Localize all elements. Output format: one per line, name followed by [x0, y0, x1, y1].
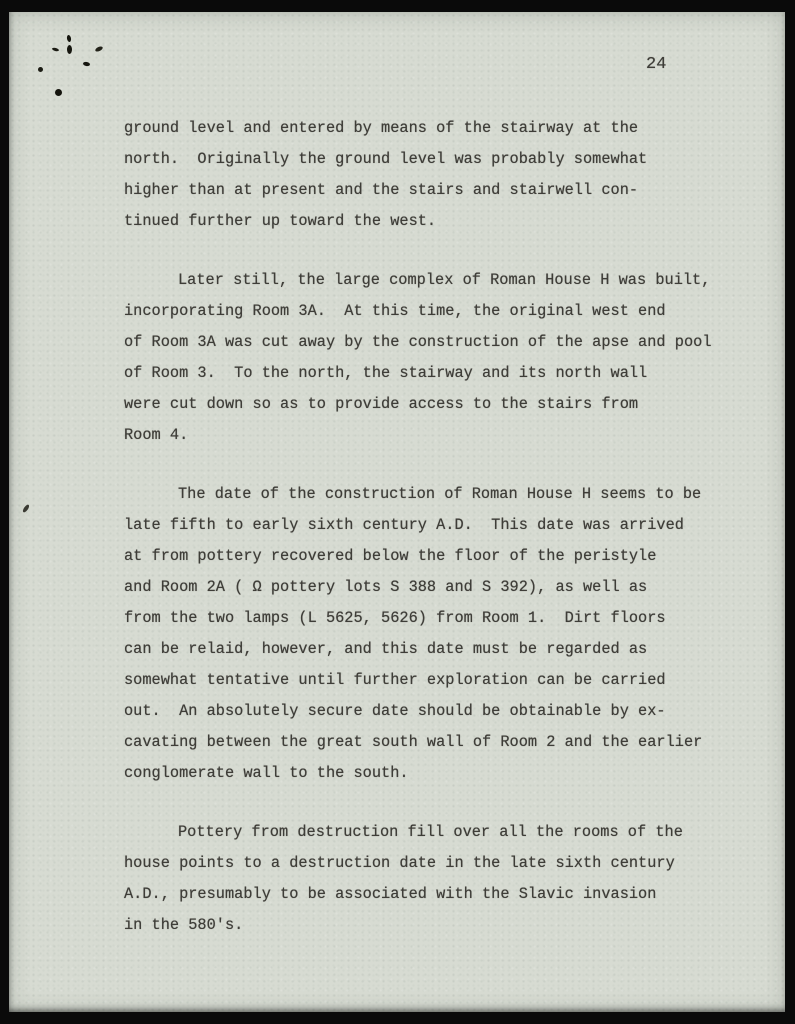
- text-line: north. Originally the ground level was p…: [124, 144, 744, 175]
- text-line: late fifth to early sixth century A.D. T…: [124, 510, 744, 541]
- text-line: conglomerate wall to the south.: [124, 758, 744, 789]
- text-line: at from pottery recovered below the floo…: [124, 541, 744, 572]
- ink-speck: [67, 45, 72, 54]
- text-line: of Room 3. To the north, the stairway an…: [124, 358, 744, 389]
- text-line: in the 580's.: [124, 910, 744, 941]
- paragraph: Later still, the large complex of Roman …: [124, 265, 744, 451]
- page-number: 24: [646, 55, 666, 74]
- scan-frame: 24 ground level and entered by means of …: [0, 0, 795, 1024]
- text-line: and Room 2A ( Ω pottery lots S 388 and S…: [124, 572, 744, 603]
- ink-speck: [83, 61, 91, 66]
- text-line: Room 4.: [124, 420, 744, 451]
- text-line: tinued further up toward the west.: [124, 206, 744, 237]
- ink-speck: [55, 89, 62, 96]
- text-line: Later still, the large complex of Roman …: [124, 265, 744, 296]
- text-line: from the two lamps (L 5625, 5626) from R…: [124, 603, 744, 634]
- text-line: Pottery from destruction fill over all t…: [124, 817, 744, 848]
- text-line: incorporating Room 3A. At this time, the…: [124, 296, 744, 327]
- paragraph: ground level and entered by means of the…: [124, 113, 744, 237]
- text-line: house points to a destruction date in th…: [124, 848, 744, 879]
- text-line: ground level and entered by means of the…: [124, 113, 744, 144]
- text-line: of Room 3A was cut away by the construct…: [124, 327, 744, 358]
- paragraph: The date of the construction of Roman Ho…: [124, 479, 744, 789]
- text-line: out. An absolutely secure date should be…: [124, 696, 744, 727]
- text-line: A.D., presumably to be associated with t…: [124, 879, 744, 910]
- ink-speck: [22, 504, 30, 514]
- text-line: higher than at present and the stairs an…: [124, 175, 744, 206]
- ink-speck: [52, 47, 60, 52]
- text-line: can be relaid, however, and this date mu…: [124, 634, 744, 665]
- ink-speck: [66, 35, 71, 43]
- ink-speck: [38, 67, 43, 72]
- text-line: cavating between the great south wall of…: [124, 727, 744, 758]
- text-line: were cut down so as to provide access to…: [124, 389, 744, 420]
- text-line: The date of the construction of Roman Ho…: [124, 479, 744, 510]
- document-page: 24 ground level and entered by means of …: [9, 12, 785, 1012]
- document-body: ground level and entered by means of the…: [124, 113, 744, 941]
- ink-speck: [95, 45, 104, 52]
- text-line: somewhat tentative until further explora…: [124, 665, 744, 696]
- paragraph: Pottery from destruction fill over all t…: [124, 817, 744, 941]
